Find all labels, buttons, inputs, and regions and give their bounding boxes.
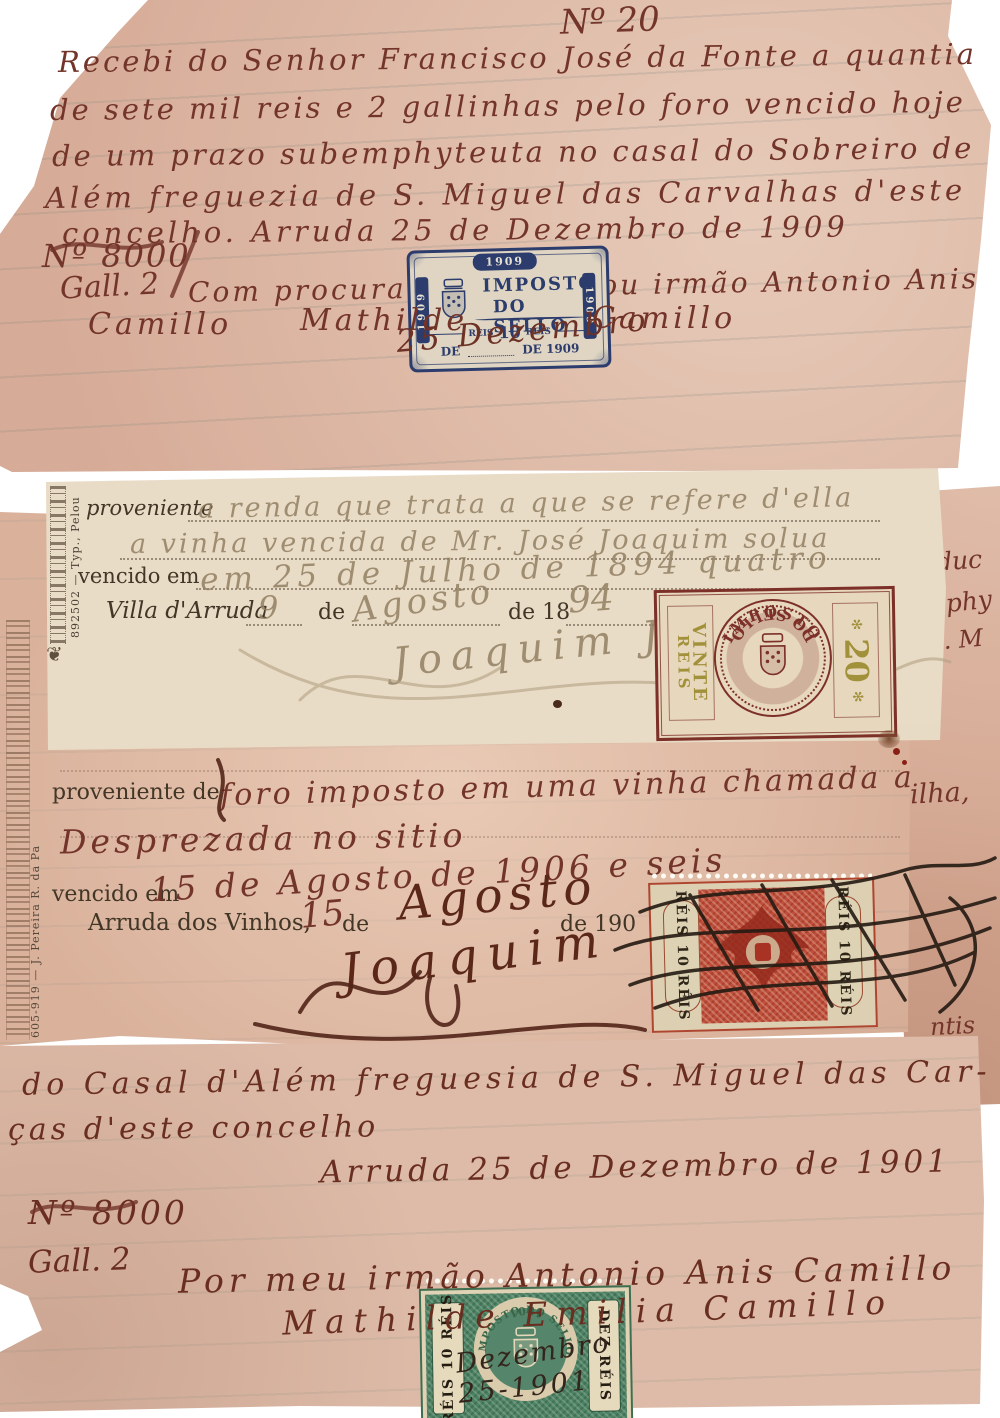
pencil-year: 94 <box>567 580 615 619</box>
form-label-place: Villa d'Arruda <box>106 600 268 623</box>
maroon-stamp-right-panel: ✻ 20 ✻ <box>832 602 880 718</box>
fragment-handwriting: ilha, <box>909 778 970 808</box>
form-label-de18: de 18 <box>508 602 570 624</box>
flourish-icon: ❦ <box>46 644 63 664</box>
form-label-vencido: vencido em <box>78 566 199 587</box>
gallinhas-note: Gall. 2 <box>59 269 160 304</box>
form-label-de: de <box>342 914 369 936</box>
blue-stamp-title1: IMPOSTO <box>482 273 596 297</box>
form-label-proveniente: proveniente de <box>52 782 220 804</box>
blue-stamp-top-banner: 1909 <box>473 252 537 271</box>
form-label-proveniente: proveniente <box>86 498 213 519</box>
red-stamp-right-panel: RÉIS 10 RÉIS <box>824 895 863 1008</box>
form-label-place-date: Arruda dos Vinhos, <box>88 912 311 935</box>
receipt-number: Nº 20 <box>559 2 660 39</box>
banner-year: 1909 <box>485 255 524 269</box>
handwritten-line: Recebi do Senhor Francisco José da Fonte… <box>58 40 977 77</box>
handwritten-line: de sete mil reis e 2 gallinhas pelo foro… <box>50 88 966 125</box>
revenue-stamp-vinte-reis-maroon: VINTE REIS ✻ 20 ✻ IMPOSTO DO SELLO <box>654 586 898 741</box>
printer-imprint-vertical: 605-919 — J. Pereira R. da Pa <box>30 762 41 1038</box>
maroon-stamp-left-panel: VINTE REIS <box>667 605 715 721</box>
signature-camillo-left: Camillo <box>88 310 232 340</box>
red-stamp-left-label: RÉIS 10 RÉIS <box>664 901 701 1012</box>
handwritten-property-name: Desprezada no sitio <box>60 818 467 858</box>
revenue-stamp-1906-red: RÉIS 10 RÉIS RÉIS 10 RÉIS <box>648 877 878 1033</box>
reference-number: Nº 8000 <box>28 1196 188 1229</box>
maroon-stamp-coat-of-arms <box>749 631 796 686</box>
handwritten-line: Além freguezia de S. Miguel das Carvalha… <box>45 176 966 213</box>
maroon-stamp-right-value: ✻ 20 ✻ <box>833 603 879 717</box>
printer-imprint-vertical: 892502 — Typ., Pelou <box>70 488 81 638</box>
ink-stain <box>878 730 900 748</box>
red-ink-speck <box>902 760 907 765</box>
handwritten-line: ças d'este concelho <box>8 1112 380 1145</box>
gallinhas-note: Gall. 2 <box>27 1244 131 1279</box>
ink-speck <box>553 700 562 708</box>
flower-icon: ✻ <box>848 690 864 702</box>
red-stamp-left-panel: RÉIS 10 RÉIS <box>663 900 702 1013</box>
reference-number: Nº 8000 <box>42 240 191 272</box>
handwritten-line: de um prazo subemphyteuta no casal do So… <box>52 134 975 171</box>
value-20: 20 <box>837 638 876 683</box>
red-ink-speck <box>893 748 900 755</box>
red-stamp-eagle-emblem <box>698 886 827 1023</box>
scanned-historical-receipts: duc mphy d. M ilha, ntis RÉIS 10 RÉIS DE… <box>0 0 1000 1418</box>
zigzag-border-ornament <box>6 620 30 1040</box>
handwritten-day: 15 <box>299 896 346 935</box>
form-label-de: de <box>318 602 345 624</box>
flower-icon: ✻ <box>847 618 863 630</box>
fragment-handwriting: ntis <box>929 1013 975 1039</box>
chain-border-ornament <box>50 486 66 644</box>
pencil-day: 9 <box>258 592 278 624</box>
red-stamp-right-label: RÉIS 10 RÉIS <box>826 896 863 1007</box>
reis-text: REIS <box>675 634 690 692</box>
maroon-stamp-left-label: VINTE REIS <box>668 606 714 720</box>
